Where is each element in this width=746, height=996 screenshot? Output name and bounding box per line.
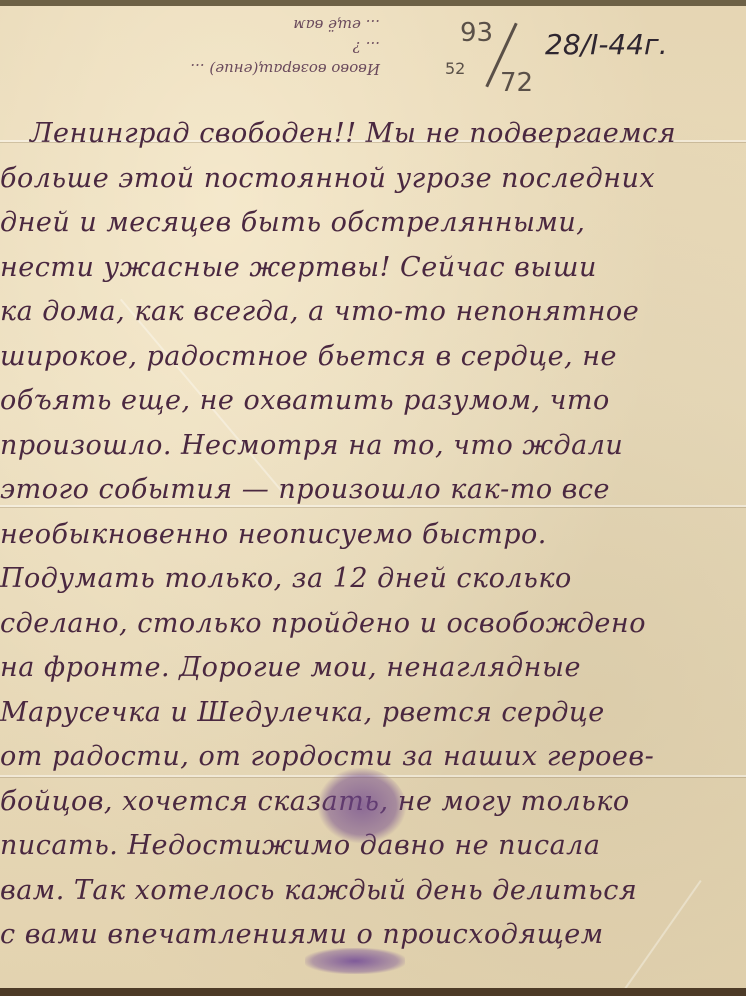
letter-line: вам. Так хотелось каждый день делиться <box>0 869 746 914</box>
upside-note-line: Ивово возвращ(ение) ... <box>20 58 380 80</box>
letter-line: больше этой постоянной угрозе последних <box>0 157 746 202</box>
letter-line: сделано, столько пройдено и освобождено <box>0 602 746 647</box>
archive-number-bottom: 72 <box>500 70 533 96</box>
scan-edge-top <box>0 0 746 6</box>
letter-line: объять еще, не охватить разумом, что <box>0 379 746 424</box>
letter-line: Ленинград свободен!! Мы не подвергаемся <box>0 112 746 157</box>
letter-date: 28/I-44г. <box>545 28 668 61</box>
letter-line: Марусечка и Шедулечка, рвется сердце <box>0 691 746 736</box>
archive-number-top: 93 <box>460 20 493 46</box>
letter-line: дней и месяцев быть обстрелянными, <box>0 201 746 246</box>
ink-smudge <box>305 948 405 974</box>
archive-number-side: 52 <box>445 56 465 82</box>
letter-line: произошло. Несмотря на то, что ждали <box>0 424 746 469</box>
letter-line: ка дома, как всегда, а что-то непонятное <box>0 290 746 335</box>
ink-blot <box>318 768 406 843</box>
letter-page: Ивово возвращ(ение) ... ... ? ... ещё ва… <box>0 0 746 996</box>
upside-down-note: Ивово возвращ(ение) ... ... ? ... ещё ва… <box>20 14 380 80</box>
upside-note-line: ... ? <box>20 36 380 58</box>
letter-line: Подумать только, за 12 дней сколько <box>0 557 746 602</box>
letter-line: широкое, радостное бьется в сердце, не <box>0 335 746 380</box>
letter-line: на фронте. Дорогие мои, ненаглядные <box>0 646 746 691</box>
upside-note-line: ... ещё вам <box>20 14 380 36</box>
letter-line: этого события — произошло как-то все <box>0 468 746 513</box>
letter-line: необыкновенно неописуемо быстро. <box>0 513 746 558</box>
scan-edge-bottom <box>0 988 746 996</box>
letter-line: нести ужасные жертвы! Сейчас выши <box>0 246 746 291</box>
